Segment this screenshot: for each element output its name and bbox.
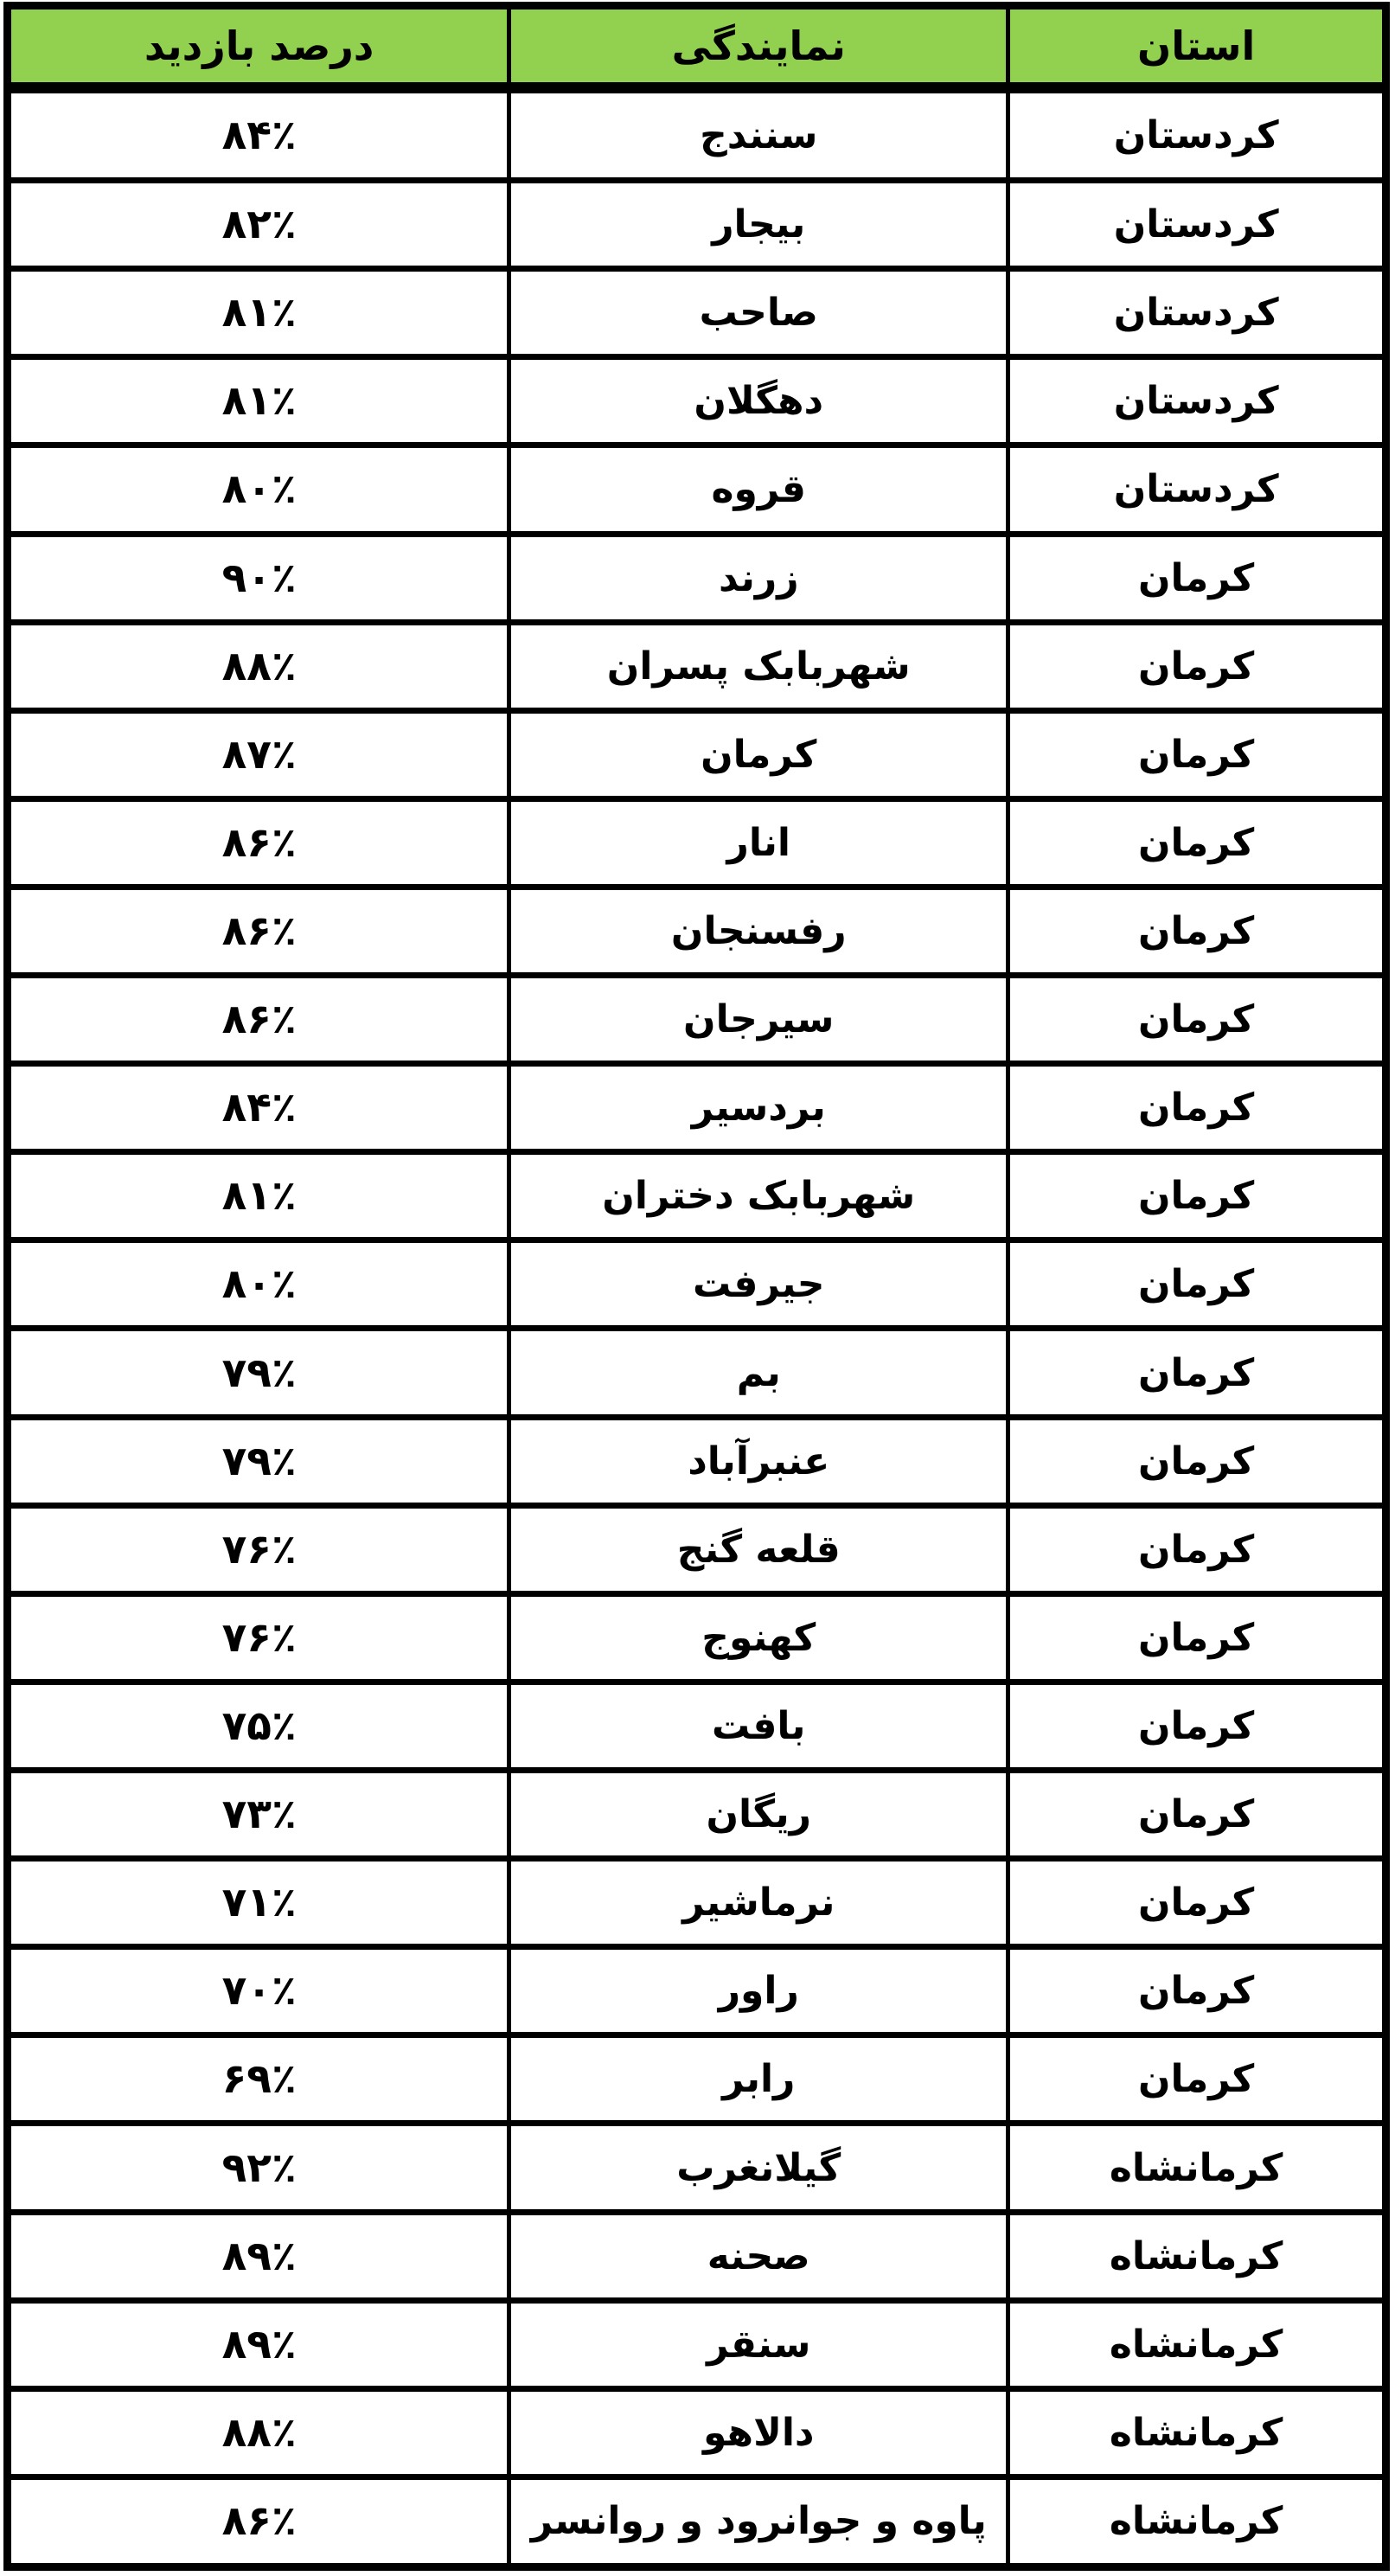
table-row: کرمان کرمان ۸۷٪ xyxy=(8,710,1386,798)
cell-visit-percent: ۸۹٪ xyxy=(8,2212,509,2300)
cell-representative: بافت xyxy=(509,1682,1008,1770)
cell-visit-percent: ۸۶٪ xyxy=(8,798,509,887)
cell-visit-percent: ۸۴٪ xyxy=(8,88,509,181)
table-row: کرمان قلعه گنج ۷۶٪ xyxy=(8,1505,1386,1593)
col-header-representative: نمایندگی xyxy=(509,6,1008,88)
cell-visit-percent: ۷۳٪ xyxy=(8,1771,509,1859)
table-row: کرمانشاه صحنه ۸۹٪ xyxy=(8,2212,1386,2300)
cell-representative: سنندج xyxy=(509,88,1008,181)
cell-province: کرمان xyxy=(1008,798,1386,887)
cell-province: کرمانشاه xyxy=(1008,2300,1386,2388)
table-row: کرمانشاه پاوه و جوانرود و روانسر ۸۶٪ xyxy=(8,2477,1386,2566)
table-row: کرمان انار ۸۶٪ xyxy=(8,798,1386,887)
cell-province: کرمان xyxy=(1008,1064,1386,1152)
cell-province: کرمان xyxy=(1008,1329,1386,1417)
table-row: کرمان رفسنجان ۸۶٪ xyxy=(8,887,1386,975)
cell-representative: سنقر xyxy=(509,2300,1008,2388)
table-row: کرمان عنبرآباد ۷۹٪ xyxy=(8,1417,1386,1505)
cell-visit-percent: ۷۵٪ xyxy=(8,1682,509,1770)
cell-representative: سیرجان xyxy=(509,976,1008,1064)
cell-representative: جیرفت xyxy=(509,1240,1008,1329)
visits-table: استان نمایندگی درصد بازدید کردستان سنندج… xyxy=(3,2,1390,2571)
cell-province: کردستان xyxy=(1008,181,1386,269)
cell-visit-percent: ۸۷٪ xyxy=(8,710,509,798)
cell-visit-percent: ۸۱٪ xyxy=(8,357,509,445)
cell-visit-percent: ۸۰٪ xyxy=(8,1240,509,1329)
cell-province: کرمان xyxy=(1008,1505,1386,1593)
cell-representative: ریگان xyxy=(509,1771,1008,1859)
table-body: کردستان سنندج ۸۴٪ کردستان بیجار ۸۲٪ کردس… xyxy=(8,88,1386,2567)
cell-visit-percent: ۸۶٪ xyxy=(8,887,509,975)
cell-province: کرمانشاه xyxy=(1008,2477,1386,2566)
cell-visit-percent: ۷۶٪ xyxy=(8,1593,509,1682)
cell-representative: بیجار xyxy=(509,181,1008,269)
cell-representative: دالاهو xyxy=(509,2388,1008,2477)
table-row: کرمان زرند ۹۰٪ xyxy=(8,534,1386,622)
table-row: کرمانشاه دالاهو ۸۸٪ xyxy=(8,2388,1386,2477)
cell-representative: کرمان xyxy=(509,710,1008,798)
cell-visit-percent: ۸۶٪ xyxy=(8,976,509,1064)
cell-visit-percent: ۸۸٪ xyxy=(8,2388,509,2477)
cell-representative: گیلانغرب xyxy=(509,2124,1008,2212)
cell-visit-percent: ۷۹٪ xyxy=(8,1329,509,1417)
cell-visit-percent: ۸۴٪ xyxy=(8,1064,509,1152)
cell-province: کرمان xyxy=(1008,1947,1386,2035)
cell-province: کرمان xyxy=(1008,1417,1386,1505)
cell-visit-percent: ۸۱٪ xyxy=(8,1152,509,1240)
cell-visit-percent: ۷۶٪ xyxy=(8,1505,509,1593)
cell-province: کردستان xyxy=(1008,88,1386,181)
cell-province: کرمان xyxy=(1008,1152,1386,1240)
header-row: استان نمایندگی درصد بازدید xyxy=(8,6,1386,88)
cell-representative: بم xyxy=(509,1329,1008,1417)
cell-visit-percent: ۷۱٪ xyxy=(8,1859,509,1947)
cell-representative: صاحب xyxy=(509,269,1008,357)
table-row: کردستان بیجار ۸۲٪ xyxy=(8,181,1386,269)
col-header-visit-percent: درصد بازدید xyxy=(8,6,509,88)
cell-representative: شهربابک دختران xyxy=(509,1152,1008,1240)
table-row: کرمان راور ۷۰٪ xyxy=(8,1947,1386,2035)
cell-province: کردستان xyxy=(1008,269,1386,357)
table-row: کرمان شهربابک پسران ۸۸٪ xyxy=(8,622,1386,710)
cell-representative: نرماشیر xyxy=(509,1859,1008,1947)
cell-visit-percent: ۸۶٪ xyxy=(8,2477,509,2566)
table-row: کرمان جیرفت ۸۰٪ xyxy=(8,1240,1386,1329)
table-row: کرمان ریگان ۷۳٪ xyxy=(8,1771,1386,1859)
cell-province: کرمان xyxy=(1008,1240,1386,1329)
cell-province: کرمان xyxy=(1008,1593,1386,1682)
cell-representative: راور xyxy=(509,1947,1008,2035)
cell-representative: انار xyxy=(509,798,1008,887)
cell-representative: قلعه گنج xyxy=(509,1505,1008,1593)
cell-representative: پاوه و جوانرود و روانسر xyxy=(509,2477,1008,2566)
cell-province: کرمان xyxy=(1008,1859,1386,1947)
table-row: کردستان دهگلان ۸۱٪ xyxy=(8,357,1386,445)
cell-visit-percent: ۹۲٪ xyxy=(8,2124,509,2212)
cell-visit-percent: ۸۲٪ xyxy=(8,181,509,269)
table-row: کرمانشاه گیلانغرب ۹۲٪ xyxy=(8,2124,1386,2212)
cell-representative: شهربابک پسران xyxy=(509,622,1008,710)
table-row: کرمان بم ۷۹٪ xyxy=(8,1329,1386,1417)
cell-province: کردستان xyxy=(1008,357,1386,445)
table-row: کردستان قروه ۸۰٪ xyxy=(8,445,1386,534)
cell-province: کردستان xyxy=(1008,445,1386,534)
cell-representative: بردسیر xyxy=(509,1064,1008,1152)
table-row: کرمان شهربابک دختران ۸۱٪ xyxy=(8,1152,1386,1240)
cell-visit-percent: ۸۰٪ xyxy=(8,445,509,534)
cell-province: کرمان xyxy=(1008,534,1386,622)
cell-province: کرمان xyxy=(1008,622,1386,710)
cell-representative: قروه xyxy=(509,445,1008,534)
col-header-province: استان xyxy=(1008,6,1386,88)
table-row: کردستان صاحب ۸۱٪ xyxy=(8,269,1386,357)
cell-visit-percent: ۷۹٪ xyxy=(8,1417,509,1505)
table-row: کرمان سیرجان ۸۶٪ xyxy=(8,976,1386,1064)
cell-province: کرمان xyxy=(1008,710,1386,798)
cell-visit-percent: ۹۰٪ xyxy=(8,534,509,622)
table-row: کرمان نرماشیر ۷۱٪ xyxy=(8,1859,1386,1947)
cell-province: کرمان xyxy=(1008,2035,1386,2124)
cell-visit-percent: ۸۹٪ xyxy=(8,2300,509,2388)
table-row: کرمان بردسیر ۸۴٪ xyxy=(8,1064,1386,1152)
cell-province: کرمانشاه xyxy=(1008,2388,1386,2477)
cell-visit-percent: ۸۸٪ xyxy=(8,622,509,710)
table-row: کرمان کهنوج ۷۶٪ xyxy=(8,1593,1386,1682)
cell-representative: رابر xyxy=(509,2035,1008,2124)
cell-visit-percent: ۷۰٪ xyxy=(8,1947,509,2035)
cell-representative: رفسنجان xyxy=(509,887,1008,975)
table-row: کرمان بافت ۷۵٪ xyxy=(8,1682,1386,1770)
cell-visit-percent: ۶۹٪ xyxy=(8,2035,509,2124)
cell-province: کرمانشاه xyxy=(1008,2124,1386,2212)
table-row: کرمان رابر ۶۹٪ xyxy=(8,2035,1386,2124)
cell-representative: کهنوج xyxy=(509,1593,1008,1682)
cell-province: کرمان xyxy=(1008,976,1386,1064)
table-row: کرمانشاه سنقر ۸۹٪ xyxy=(8,2300,1386,2388)
cell-representative: زرند xyxy=(509,534,1008,622)
cell-representative: عنبرآباد xyxy=(509,1417,1008,1505)
cell-province: کرمان xyxy=(1008,1682,1386,1770)
cell-visit-percent: ۸۱٪ xyxy=(8,269,509,357)
cell-representative: صحنه xyxy=(509,2212,1008,2300)
cell-representative: دهگلان xyxy=(509,357,1008,445)
visits-table-frame: استان نمایندگی درصد بازدید کردستان سنندج… xyxy=(3,2,1390,2571)
cell-province: کرمان xyxy=(1008,887,1386,975)
cell-province: کرمان xyxy=(1008,1771,1386,1859)
cell-province: کرمانشاه xyxy=(1008,2212,1386,2300)
table-row: کردستان سنندج ۸۴٪ xyxy=(8,88,1386,181)
